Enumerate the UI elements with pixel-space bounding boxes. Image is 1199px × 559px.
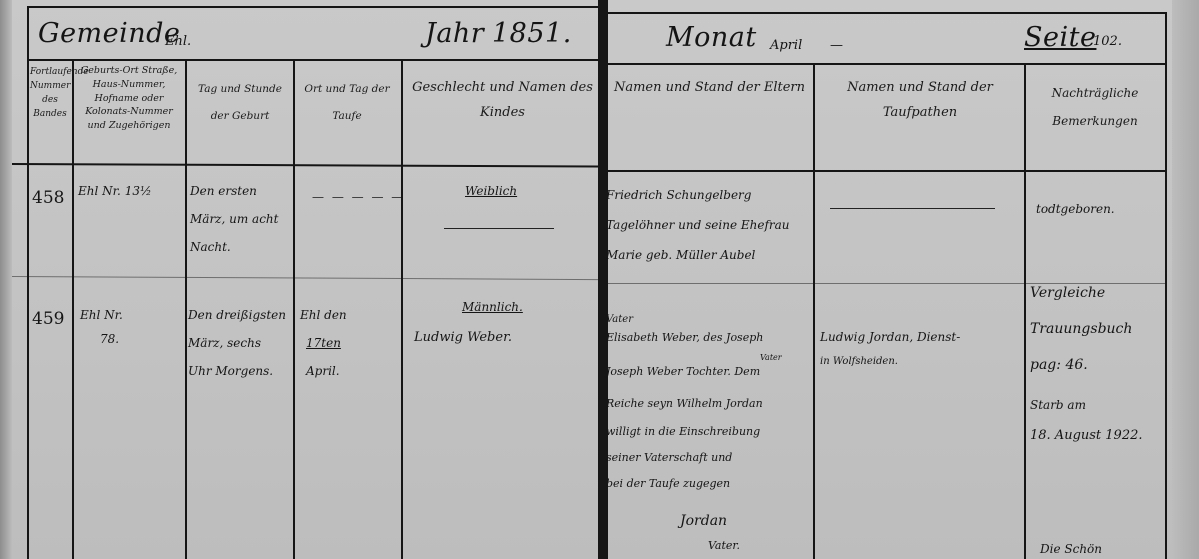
entry-459-parents-1: Vater bbox=[606, 310, 633, 329]
jahr-label: Jahr bbox=[425, 18, 484, 49]
entry-459-baptism-1: Ehl den bbox=[300, 304, 347, 327]
col-header-baptism: Ort und Tag der Taufe bbox=[297, 76, 397, 131]
seite-value: 102. bbox=[1093, 34, 1122, 49]
entry-458-parents-3: Marie geb. Müller Aubel bbox=[606, 244, 755, 267]
gemeinde-value: Ehl. bbox=[165, 34, 191, 49]
col-header-remarks: Nachträgliche Bemerkungen bbox=[1028, 80, 1162, 135]
entry-459-parents-5: willigt in die Einschreibung bbox=[606, 422, 760, 443]
entry-459-sex: Männlich. bbox=[462, 296, 523, 319]
entry-459-godparents-1: Ludwig Jordan, Dienst- bbox=[820, 326, 960, 349]
entry-459-parents-4: Reiche seyn Wilhelm Jordan bbox=[606, 394, 763, 415]
seite-label: Seite bbox=[1024, 22, 1096, 53]
entry-458-birth-time-3: Nacht. bbox=[190, 236, 231, 259]
entry-458-name-blank-line bbox=[444, 228, 554, 229]
col-header-godparents: Namen und Stand der Taufpathen bbox=[820, 76, 1020, 125]
entry-459-parents-signature: Jordan bbox=[680, 508, 727, 535]
entry-458-baptism: — — — — — bbox=[312, 186, 405, 209]
entry-459-godparents-2: in Wolfsheiden. bbox=[820, 352, 898, 371]
entry-458-parents-2: Tagelöhner und seine Ehefrau bbox=[606, 214, 790, 237]
col-header-birth-time: Tag und Stunde der Geburt bbox=[190, 76, 290, 131]
entry-458-number: 458 bbox=[32, 182, 64, 214]
entry-459-child-name: Ludwig Weber. bbox=[414, 326, 512, 351]
col-header-birthplace: Geburts-Ort Straße, Haus-Nummer, Hofname… bbox=[76, 64, 182, 133]
col-border-8 bbox=[1165, 12, 1167, 559]
col-header-number: Fortlaufende Nummer des Bandes bbox=[30, 66, 70, 122]
entry-459-baptism-3: April. bbox=[306, 360, 340, 383]
col-border-1 bbox=[27, 6, 29, 559]
entry-459-baptism-2: 17ten bbox=[306, 332, 341, 355]
entry-459-birthplace-2: 78. bbox=[100, 328, 119, 351]
entry-458-birthplace: Ehl Nr. 13½ bbox=[78, 180, 152, 203]
entry-459-birthplace-1: Ehl Nr. bbox=[80, 304, 123, 327]
entry-459-birth-time-1: Den dreißigsten bbox=[188, 304, 286, 327]
monat-value: April bbox=[770, 38, 802, 53]
monat-dash: — bbox=[830, 38, 843, 53]
entry-459-parents-signature-role: Vater. bbox=[708, 536, 740, 557]
entry-459-parents-2: Elisabeth Weber, des Joseph bbox=[606, 328, 763, 349]
entry-459-remarks-1: Vergleiche bbox=[1030, 280, 1105, 307]
monat-label: Monat bbox=[666, 22, 757, 53]
col-border-3 bbox=[185, 59, 187, 559]
col-header-parents: Namen und Stand der Eltern bbox=[612, 76, 807, 101]
entry-459-parents-7: bei der Taufe zugegen bbox=[606, 474, 730, 495]
col-header-child: Geschlecht und Namen des Kindes bbox=[410, 76, 595, 125]
right-book-edge bbox=[1172, 0, 1199, 559]
entry-459-birth-time-3: Uhr Morgens. bbox=[188, 360, 273, 383]
left-book-edge bbox=[0, 0, 12, 559]
entry-458-sex: Weiblich bbox=[465, 180, 517, 203]
entry-458-parents-1: Friedrich Schungelberg bbox=[606, 184, 751, 207]
header-row-bottom-right bbox=[608, 170, 1165, 172]
gemeinde-label: Gemeinde bbox=[38, 18, 180, 49]
entry-459-remarks-bottom: Die Schön bbox=[1040, 538, 1102, 559]
entry-459-remarks-4: Starb am bbox=[1030, 394, 1086, 417]
entry-459-remarks-5: 18. August 1922. bbox=[1030, 424, 1143, 449]
title-row-bottom-left bbox=[28, 59, 598, 61]
entry-458-godparents-blank-line bbox=[830, 208, 995, 209]
entry-459-number: 459 bbox=[32, 303, 64, 335]
col-border-4 bbox=[293, 59, 295, 559]
title-row-bottom-right bbox=[608, 63, 1165, 65]
entry-458-remarks: todtgeboren. bbox=[1036, 198, 1115, 221]
entry-458-birth-time-2: März, um acht bbox=[190, 208, 278, 231]
col-border-7 bbox=[1024, 63, 1026, 559]
entry-459-parents-insert: Vater bbox=[760, 350, 782, 365]
col-border-6 bbox=[813, 63, 815, 559]
entry-459-birth-time-2: März, sechs bbox=[188, 332, 261, 355]
col-border-2 bbox=[72, 59, 74, 559]
entry-458-birth-time-1: Den ersten bbox=[190, 180, 257, 203]
frame-top-right bbox=[608, 12, 1165, 14]
entry-459-parents-3: Joseph Weber Tochter. Dem bbox=[606, 362, 760, 383]
col-border-5 bbox=[401, 59, 403, 559]
jahr-value: 1851. bbox=[492, 18, 572, 49]
entry-459-remarks-2: Trauungsbuch bbox=[1030, 316, 1132, 343]
entry-459-parents-6: seiner Vaterschaft und bbox=[606, 448, 732, 469]
entry-459-remarks-3: pag: 46. bbox=[1030, 352, 1088, 379]
frame-top-left bbox=[28, 6, 598, 8]
